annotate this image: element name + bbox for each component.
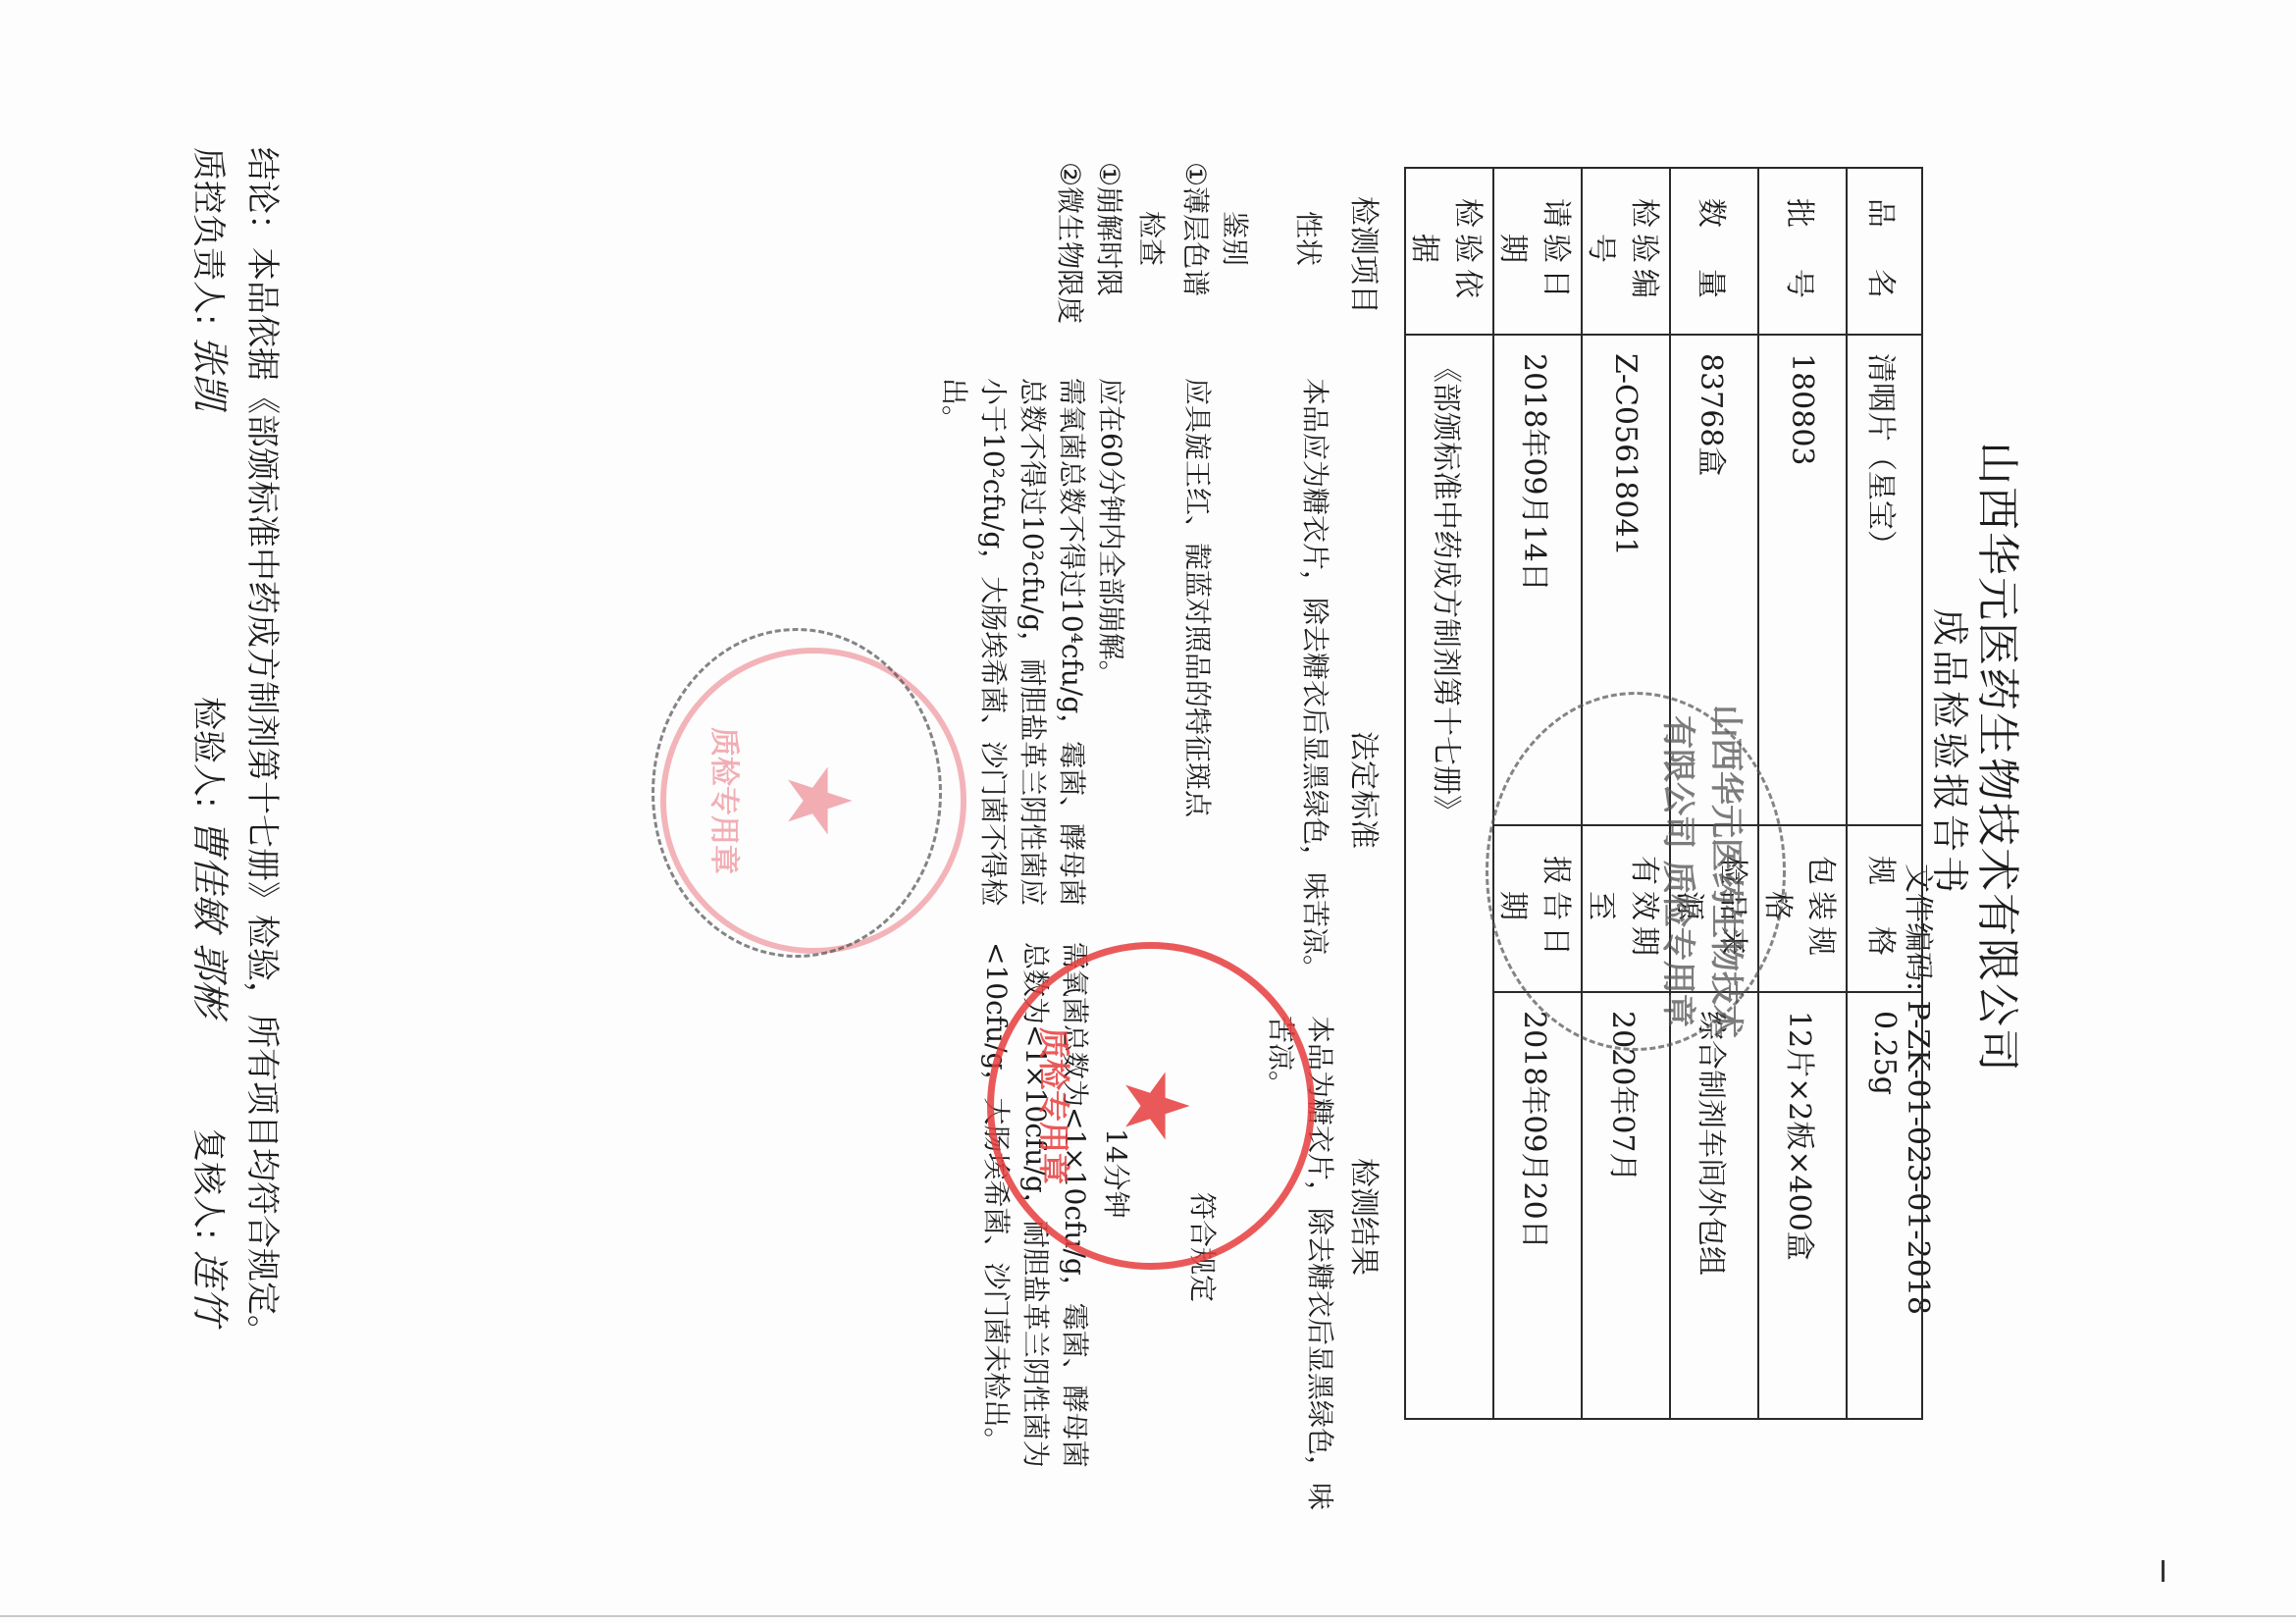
scanned-page: 山西华元医药生物技术有限公司 成品检验报告书 文件编码: P-ZK-01-023…	[0, 0, 2296, 1623]
label-basis: 检验依据	[1405, 168, 1493, 335]
qc-label: 质控负责人:	[188, 147, 228, 325]
value-expiry: 2020年07月	[1582, 992, 1670, 1419]
value-request-date: 2018年09月14日	[1493, 335, 1582, 825]
test-item: ①崩解时限	[1091, 162, 1130, 296]
seal-text: 质检专用章	[705, 654, 749, 948]
product-info-table: 品 名 清咽片（星宝） 规 格 0.25g 批 号 180803 包装规格 12…	[1404, 167, 1923, 1420]
reviewer-signature-block: 复核人: 连竹	[186, 1128, 240, 1325]
label-report-date: 报告日期	[1493, 825, 1582, 992]
inspector-signature: 曹佳敏 郭彬	[188, 818, 232, 1017]
test-result: 本品为糖衣片，除去糖衣后显黑绿色，味苦凉。	[1261, 1016, 1339, 1526]
inspection-report-document: 山西华元医药生物技术有限公司 成品检验报告书 文件编码: P-ZK-01-023…	[0, 0, 2296, 1623]
label-quantity: 数 量	[1670, 168, 1758, 335]
test-item: ②微生物限度	[1052, 162, 1091, 324]
qc-signature-block: 质控负责人: 张凯	[186, 147, 240, 410]
table-row: 批 号 180803 包装规格 12片×2板×400盒	[1758, 168, 1847, 1419]
test-item: 性状	[1290, 211, 1330, 266]
test-result: 14分钟	[1096, 1128, 1135, 1219]
label-request-date: 请验日期	[1493, 168, 1582, 335]
label-sample-source: 检品来源	[1670, 825, 1758, 992]
reviewer-signature: 连竹	[188, 1250, 232, 1325]
test-item: 鉴别	[1217, 211, 1256, 266]
label-expiry: 有效期至	[1582, 825, 1670, 992]
value-report-date: 2018年09月20日	[1493, 992, 1582, 1419]
report-title: 成品检验报告书	[1926, 608, 1980, 897]
test-result: 需氧菌总数为<1×10cfu/g，霉菌、酵母菌总数为<1×10cfu/g，耐胆盐…	[976, 942, 1094, 1492]
test-standard: 本品应为糖衣片，除去糖衣后显黑绿色，味苦凉。	[1295, 378, 1334, 1006]
value-spec: 0.25g	[1847, 992, 1922, 1419]
header-standard: 法定标准	[1345, 731, 1388, 849]
value-quantity: 83768盒	[1670, 335, 1758, 825]
table-row: 检验编号 Z-C05618041 有效期至 2020年07月	[1582, 168, 1670, 1419]
test-standard: 需氧菌总数不得过10⁴cfu/g，霉菌、酵母菌总数不得过10²cfu/g，耐胆盐…	[934, 378, 1091, 927]
inspector-label: 检验人:	[188, 697, 228, 808]
test-item: ①薄层色谱	[1177, 162, 1217, 296]
table-row: 请验日期 2018年09月14日 报告日期 2018年09月20日	[1493, 168, 1582, 1419]
overlapping-gray-seal-stamp	[652, 628, 942, 958]
header-test-item: 检测项目	[1345, 196, 1388, 314]
pink-qc-seal-stamp: ★ 质检专用章	[660, 648, 966, 954]
table-row: 数 量 83768盒 检品来源 综合制剂车间外包组	[1670, 168, 1758, 1419]
table-row: 品 名 清咽片（星宝） 规 格 0.25g	[1847, 168, 1922, 1419]
value-inspection-no: Z-C05618041	[1582, 335, 1670, 825]
value-basis: 《部颁标准中药成方制剂第十七册》	[1405, 335, 1493, 1419]
conclusion-text: 结论：本品依据《部颁标准中药成方制剂第十七册》检验，所有项目均符合规定。	[241, 147, 289, 1348]
label-spec: 规 格	[1847, 825, 1922, 992]
test-item: 检查	[1133, 211, 1173, 266]
label-inspection-no: 检验编号	[1582, 168, 1670, 335]
value-product-name: 清咽片（星宝）	[1847, 335, 1922, 825]
inspector-signature-block: 检验人: 曹佳敏 郭彬	[186, 697, 240, 1017]
test-result: 符合规定	[1182, 1192, 1222, 1302]
test-standard: 应具旋王红、靛蓝对照品的特征斑点	[1177, 378, 1217, 1006]
reviewer-label: 复核人:	[188, 1128, 228, 1239]
label-batch: 批 号	[1758, 168, 1847, 335]
test-standard: 应在60分钟内全部崩解。	[1091, 378, 1130, 1006]
qc-signature: 张凯	[188, 336, 232, 410]
value-sample-source: 综合制剂车间外包组	[1670, 992, 1758, 1419]
value-batch: 180803	[1758, 335, 1847, 825]
label-package-spec: 包装规格	[1758, 825, 1847, 992]
star-icon: ★	[774, 761, 862, 841]
table-row: 检验依据 《部颁标准中药成方制剂第十七册》	[1405, 168, 1493, 1419]
value-package-spec: 12片×2板×400盒	[1758, 992, 1847, 1419]
header-result: 检测结果	[1345, 1158, 1388, 1276]
label-product-name: 品 名	[1847, 168, 1922, 335]
